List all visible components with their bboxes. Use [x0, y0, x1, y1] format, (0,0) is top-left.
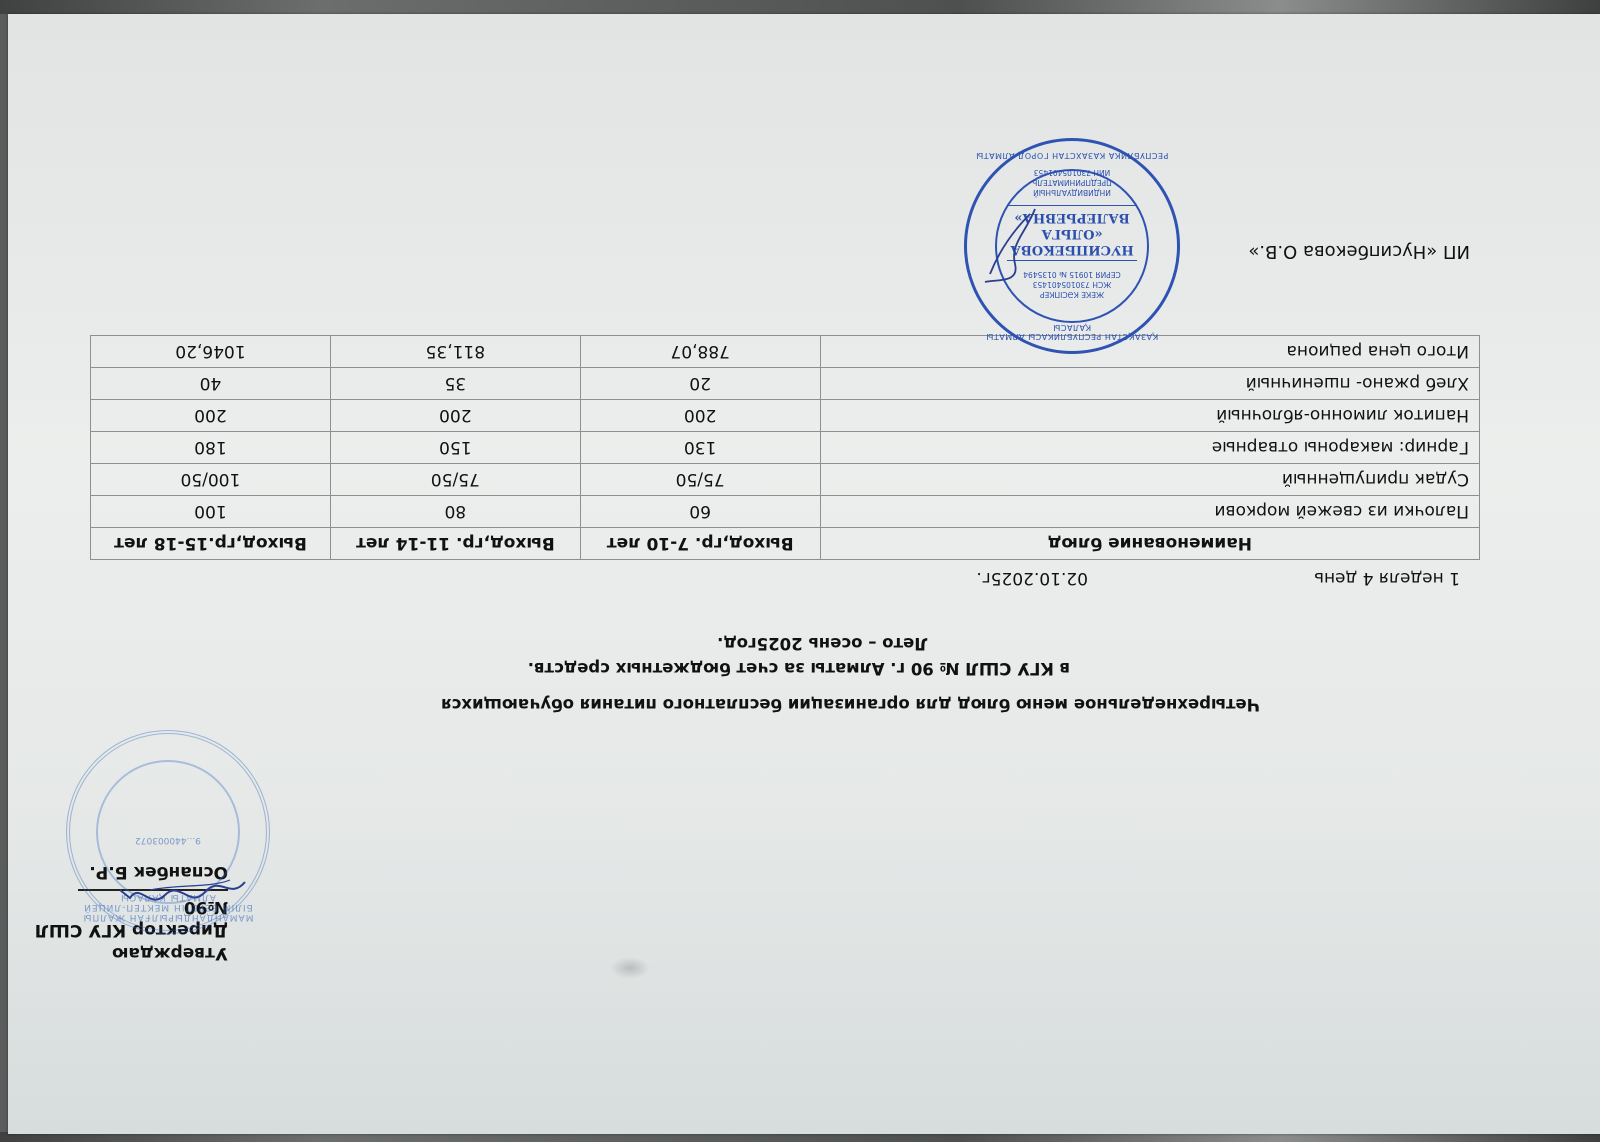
- portion-11-14: 80: [330, 496, 580, 528]
- portion-15-18: 180: [91, 432, 331, 464]
- document-date: 02.10.2025г.: [976, 568, 1088, 588]
- column-header: Выход,гр.15-18 лет: [91, 528, 331, 560]
- total-7-10: 788,07: [580, 336, 820, 368]
- stamp-ring-top: ҚАЗАҚСТАН РЕСПУБЛИКАСЫ АЛМАТЫ ҚАЛАСЫ: [967, 323, 1177, 341]
- total-11-14: 811,35: [330, 336, 580, 368]
- column-header: Наименование блюд: [820, 528, 1479, 560]
- portion-7-10: 130: [580, 432, 820, 464]
- dish-name: Хлеб ржано- пшеничный: [820, 368, 1479, 400]
- portion-11-14: 35: [330, 368, 580, 400]
- portion-11-14: 75/50: [330, 464, 580, 496]
- dish-name: Гарнир: макароны отварные: [820, 432, 1479, 464]
- total-row: Итого цена рациона 788,07 811,35 1046,20: [91, 336, 1480, 368]
- dish-name: Судак припущенный: [820, 464, 1479, 496]
- document-season: Лето – осень 2025год.: [0, 634, 928, 653]
- table-row: Напиток лимонно-яблочный 200 200 200: [91, 400, 1480, 432]
- portion-11-14: 150: [330, 432, 580, 464]
- menu-table: Наименование блюд Выход,гр. 7-10 лет Вых…: [90, 335, 1480, 560]
- supplier-label: ИП «Нусипбекова О.В.»: [1248, 241, 1470, 262]
- document-title: Четырехнедельное меню блюд для организац…: [300, 695, 1260, 714]
- table-row: Судак припущенный 75/50 75/50 100/50: [91, 464, 1480, 496]
- portion-7-10: 75/50: [580, 464, 820, 496]
- table-header-row: Наименование блюд Выход,гр. 7-10 лет Вых…: [91, 528, 1480, 560]
- approval-heading: Утверждаю: [8, 941, 228, 964]
- portion-7-10: 200: [580, 400, 820, 432]
- portion-15-18: 200: [91, 400, 331, 432]
- dish-name: Напиток лимонно-яблочный: [820, 400, 1479, 432]
- school-stamp-number: 9...440003072: [70, 835, 266, 845]
- total-15-18: 1046,20: [91, 336, 331, 368]
- background-surface: [0, 0, 1600, 14]
- supplier-signature-icon: [980, 204, 1040, 284]
- photo-scene: Утверждаю Директор КГУ СШЛ №90 Оспанбек …: [0, 0, 1600, 1142]
- portion-15-18: 100/50: [91, 464, 331, 496]
- table-row: Хлеб ржано- пшеничный 20 35 40: [91, 368, 1480, 400]
- week-day-label: 1 неделя 4 день: [1314, 568, 1460, 588]
- column-header: Выход,гр. 7-10 лет: [580, 528, 820, 560]
- document-subtitle: в КГУ СШЛ № 90 г. Алматы за счет бюджетн…: [110, 659, 1070, 678]
- portion-15-18: 40: [91, 368, 331, 400]
- portion-7-10: 60: [580, 496, 820, 528]
- column-header: Выход,гр. 11-14 лет: [330, 528, 580, 560]
- paper-smudge: [610, 957, 650, 979]
- portion-11-14: 200: [330, 400, 580, 432]
- table-row: Гарнир: макароны отварные 130 150 180: [91, 432, 1480, 464]
- portion-15-18: 100: [91, 496, 331, 528]
- portion-7-10: 20: [580, 368, 820, 400]
- director-signature-icon: [110, 870, 250, 910]
- stamp-ring-bottom: РЕСПУБЛИКА КАЗАХСТАН ГОРОД АЛМАТЫ: [967, 151, 1177, 160]
- dish-name: Палочки из свежей моркови: [820, 496, 1479, 528]
- paper-sheet: Утверждаю Директор КГУ СШЛ №90 Оспанбек …: [8, 14, 1600, 1134]
- table-row: Палочки из свежей моркови 60 80 100: [91, 496, 1480, 528]
